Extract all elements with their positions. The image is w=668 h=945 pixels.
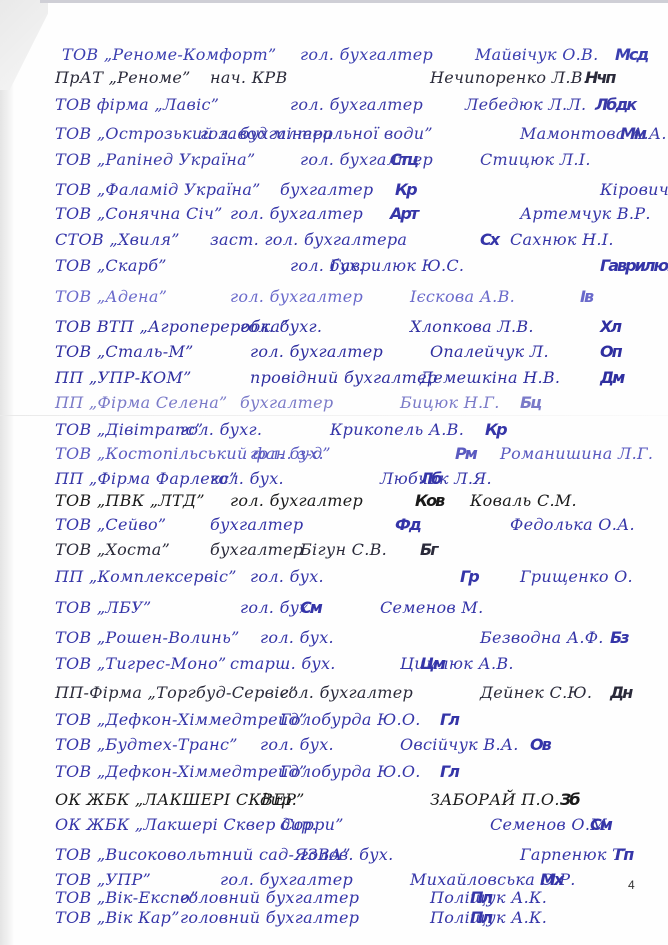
- person-name: Голобурда Ю.О.: [280, 762, 421, 781]
- signature-entry: ТОВ „Дівітрапс”гол. бухг.Крикопель А.В.К…: [0, 420, 668, 446]
- person-name: Голобурда Ю.О.: [280, 710, 421, 729]
- signature-entry: ТОВ „Тигрес-Моно”старш. бух.Цимлюк А.В.Ц…: [0, 654, 668, 680]
- person-name: Бицюк Н.Г.: [400, 393, 500, 412]
- signature-entry: ТОВ „Вік Кар”головний бухгалтерПоліщук А…: [0, 908, 668, 934]
- signature-entry: ПП-Фірма „Торгбуд-Сервіс”гол. бухгалтерД…: [0, 683, 668, 709]
- handwritten-signature: Пл: [470, 908, 491, 927]
- person-name: Лебедюк Л.Л.: [465, 95, 586, 114]
- organization-name: ТОВ „Дефкон-Хіммедтрейд”: [55, 710, 307, 729]
- position-title: гол. бухгалтер: [280, 683, 413, 702]
- person-name: Овсійчук В.А.: [400, 735, 519, 754]
- organization-name: ТОВ „УПР”: [55, 870, 151, 889]
- position-title: гол. бухгалтер: [230, 287, 363, 306]
- page-number: 4: [628, 878, 635, 892]
- position-title: заст. гол. бухгалтера: [210, 230, 407, 249]
- organization-name: ТОВ „Сонячна Січ”: [55, 204, 223, 223]
- position-title: бухгалтер: [240, 393, 333, 412]
- organization-name: ТОВ фірма „Лавіс”: [55, 95, 219, 114]
- organization-name: ПП „Фірма Селена”: [55, 393, 228, 412]
- handwritten-signature: Гаврилюк: [600, 256, 668, 275]
- handwritten-signature: Сх: [480, 230, 498, 249]
- signature-entry: ТОВ „Високовольтний сад-ЯЗВА”голов. бух.…: [0, 845, 668, 871]
- organization-name: ТОВ „ПВК „ЛТД”: [55, 491, 205, 510]
- person-name: Безводна А.Ф.: [480, 628, 604, 647]
- signature-entry: ТОВ „Фаламід Україна”бухгалтерКірович В.…: [0, 180, 668, 206]
- organization-name: ПП „УПР-КОМ”: [55, 368, 192, 387]
- signature-entry: ТОВ „Будтех-Транс”гол. бух.Овсійчук В.А.…: [0, 735, 668, 761]
- handwritten-signature: Цм: [420, 654, 444, 673]
- person-name: Стицюк Л.І.: [480, 150, 591, 169]
- handwritten-signature: Дн: [610, 683, 631, 702]
- person-name: Майвічук О.В.: [475, 45, 598, 64]
- handwritten-signature: Гл: [440, 762, 458, 781]
- position-title: дир.: [280, 815, 317, 834]
- organization-name: ТОВ „Дефкон-Хіммедтрейд”: [55, 762, 307, 781]
- position-title: бухгалтер: [280, 180, 373, 199]
- person-name: Грищенко О.: [520, 567, 633, 586]
- position-title: головний бухгалтер: [180, 888, 359, 907]
- person-name: ЗАБОРАЙ П.О.: [430, 790, 560, 809]
- organization-name: ТОВ „Фаламід Україна”: [55, 180, 261, 199]
- position-title: гол. бух.: [260, 628, 334, 647]
- person-name: Сахнюк Н.І.: [510, 230, 614, 249]
- signature-entry: ТОВ „ПВК „ЛТД”гол. бухгалтерКоваль С.М.К…: [0, 491, 668, 517]
- handwritten-signature: Гл: [440, 710, 458, 729]
- organization-name: ТОВ „Вік-Експо”: [55, 888, 199, 907]
- position-title: старш. бух.: [230, 654, 336, 673]
- signature-entry: ТОВ „Рапінед Україна”гол. бухгалтерСтицю…: [0, 150, 668, 176]
- signature-entry: ПП „Комплексервіс”гол. бух.Грищенко О.Гр: [0, 567, 668, 593]
- handwritten-signature: Рм: [455, 444, 476, 463]
- organization-name: ТОВ „Рапінед Україна”: [55, 150, 255, 169]
- position-title: гол. бухг.: [240, 317, 322, 336]
- signature-entry: ТОВ „Скарб”гол. бух.Гаврилюк Ю.С.Гаврилю…: [0, 256, 668, 282]
- organization-name: СТОВ „Хвиля”: [55, 230, 180, 249]
- position-title: гол. бухгалтер: [290, 95, 423, 114]
- organization-name: ПП „Комплексервіс”: [55, 567, 237, 586]
- person-name: Бігун С.В.: [300, 540, 387, 559]
- position-title: головний бухгалтер: [180, 908, 359, 927]
- signature-entry: ТОВ „Сталь-М”гол. бухгалтерОпалейчук Л.О…: [0, 342, 668, 368]
- position-title: гол. бух.: [250, 567, 324, 586]
- position-title: гол. бухгалтер: [200, 124, 333, 143]
- person-name: Романишина Л.Г.: [500, 444, 653, 463]
- person-name: Опалейчук Л.: [430, 342, 549, 361]
- handwritten-signature: Бг: [420, 540, 437, 559]
- signature-entry: ТОВ фірма „Лавіс”гол. бухгалтерЛебедюк Л…: [0, 95, 668, 121]
- handwritten-signature: Гп: [615, 845, 632, 864]
- organization-name: ТОВ „Адена”: [55, 287, 167, 306]
- handwritten-signature: Ів: [580, 287, 592, 306]
- scanned-page: ТОВ „Реноме-Комфорт”гол. бухгалтерМайвіч…: [0, 0, 668, 945]
- handwritten-signature: Фд: [395, 515, 420, 534]
- page-top-edge: [40, 0, 668, 3]
- organization-name: ТОВ „Тигрес-Моно”: [55, 654, 227, 673]
- signature-entry: СТОВ „Хвиля”заст. гол. бухгалтераСахнюк …: [0, 230, 668, 256]
- person-name: Ієскова А.В.: [410, 287, 515, 306]
- organization-name: ТОВ „Скарб”: [55, 256, 167, 275]
- position-title: гол. бухгалтер: [230, 491, 363, 510]
- signature-entry: ПрАТ „Реноме”нач. КРВНечипоренко Л.В.Нчп: [0, 68, 668, 94]
- handwritten-signature: Лб: [420, 469, 440, 488]
- handwritten-signature: Лбдк: [595, 95, 635, 114]
- signature-entry: ТОВ „Костопільський фан. з-д”гол. бух.Ро…: [0, 444, 668, 470]
- organization-name: ТОВ „Реноме-Комфорт”: [62, 45, 277, 64]
- handwritten-signature: Ов: [530, 735, 550, 754]
- position-title: гол. бух.: [210, 469, 284, 488]
- handwritten-signature: См: [590, 815, 611, 834]
- handwritten-signature: Бц: [520, 393, 540, 412]
- person-name: Семенов М.: [380, 598, 483, 617]
- organization-name: ТОВ „Сейво”: [55, 515, 166, 534]
- person-name: Федолька О.А.: [510, 515, 635, 534]
- person-name: Нечипоренко Л.В.: [430, 68, 588, 87]
- handwritten-signature: Мм: [620, 124, 645, 143]
- person-name: Артемчук В.Р.: [520, 204, 651, 223]
- handwritten-signature: Ков: [415, 491, 443, 510]
- signature-entry: ТОВ ВТП „Агропереробка”гол. бухг.Хлопков…: [0, 317, 668, 343]
- organization-name: ТОВ „Рошен-Волинь”: [55, 628, 240, 647]
- position-title: голов. бух.: [300, 845, 393, 864]
- position-title: гол. бухгалтер: [230, 204, 363, 223]
- position-title: гол. бухгалтер: [300, 45, 433, 64]
- position-title: нач. КРВ: [210, 68, 288, 87]
- position-title: бухгалтер: [210, 515, 303, 534]
- position-title: гол. бухгалтер: [250, 342, 383, 361]
- person-name: Крикопель А.В.: [330, 420, 464, 439]
- person-name: Цимлюк А.В.: [400, 654, 514, 673]
- signature-entry: ТОВ „Сонячна Січ”гол. бухгалтерАртемчук …: [0, 204, 668, 230]
- position-title: гол. бух.: [250, 444, 324, 463]
- person-name: Гаврилюк Ю.С.: [330, 256, 464, 275]
- signature-entry: ПП „УПР-КОМ”провідний бухгалтерДемешкіна…: [0, 368, 668, 394]
- handwritten-signature: Дм: [600, 368, 623, 387]
- signature-entry: ОК ЖБК „Лакшері Сквер Сорри”дир.Семенов …: [0, 815, 668, 841]
- person-name: Демешкіна Н.В.: [420, 368, 560, 387]
- position-title: провідний бухгалтер: [250, 368, 437, 387]
- signature-entry: ТОВ „Адена”гол. бухгалтерІєскова А.В.Ів: [0, 287, 668, 313]
- signature-entry: ТОВ „Острозький завод мінеральної води”г…: [0, 124, 668, 150]
- organization-name: ТОВ „Будтех-Транс”: [55, 735, 238, 754]
- handwritten-signature: Бз: [610, 628, 628, 647]
- handwritten-signature: Нчп: [585, 68, 614, 87]
- handwritten-signature: Кр: [485, 420, 506, 439]
- person-name: Дейнек С.Ю.: [480, 683, 592, 702]
- signature-entry: ПП „Фірма Селена”бухгалтерБицюк Н.Г.Бц: [0, 393, 668, 419]
- signature-entry: ТОВ „ЛБУ”гол. бух.Семенов М.См: [0, 598, 668, 624]
- handwritten-signature: См: [300, 598, 321, 617]
- organization-name: ТОВ „Вік Кар”: [55, 908, 180, 927]
- handwritten-signature: Стц: [390, 150, 417, 169]
- signature-entry: ТОВ „Рошен-Волинь”гол. бух.Безводна А.Ф.…: [0, 628, 668, 654]
- position-title: дир.: [260, 790, 297, 809]
- person-name: Коваль С.М.: [470, 491, 577, 510]
- handwritten-signature: Кр: [395, 180, 416, 199]
- handwritten-signature: Мсд: [615, 45, 647, 64]
- signature-entry: ТОВ „Сейво”бухгалтерФедолька О.А.Фд: [0, 515, 668, 541]
- handwritten-signature: Арт: [390, 204, 417, 223]
- handwritten-signature: Гр: [460, 567, 478, 586]
- person-name: Гарпенюк Т.: [520, 845, 628, 864]
- person-name: Кірович В.О.: [600, 180, 668, 199]
- handwritten-signature: Пл: [470, 888, 491, 907]
- signature-entry: ОК ЖБК „ЛАКШЕРІ СКВЕР”дир.ЗАБОРАЙ П.О.Зб: [0, 790, 668, 816]
- organization-name: ТОВ „Хоста”: [55, 540, 170, 559]
- person-name: Хлопкова Л.В.: [410, 317, 534, 336]
- position-title: гол. бух.: [260, 735, 334, 754]
- organization-name: ТОВ „ЛБУ”: [55, 598, 151, 617]
- handwritten-signature: Хл: [600, 317, 620, 336]
- organization-name: ПП-Фірма „Торгбуд-Сервіс”: [55, 683, 297, 702]
- handwritten-signature: Оп: [600, 342, 621, 361]
- signature-entry: ТОВ „Дефкон-Хіммедтрейд”Голобурда Ю.О.Гл: [0, 762, 668, 788]
- position-title: гол. бухг.: [180, 420, 262, 439]
- position-title: гол. бухгалтер: [220, 870, 353, 889]
- signature-entry: ТОВ „Дефкон-Хіммедтрейд”Голобурда Ю.О.Гл: [0, 710, 668, 736]
- organization-name: ПрАТ „Реноме”: [55, 68, 191, 87]
- position-title: бухгалтер: [210, 540, 303, 559]
- organization-name: ТОВ „Сталь-М”: [55, 342, 194, 361]
- signature-entry: ТОВ „Хоста”бухгалтерБігун С.В.Бг: [0, 540, 668, 566]
- handwritten-signature: Зб: [560, 790, 579, 809]
- handwritten-signature: Мх: [540, 870, 562, 889]
